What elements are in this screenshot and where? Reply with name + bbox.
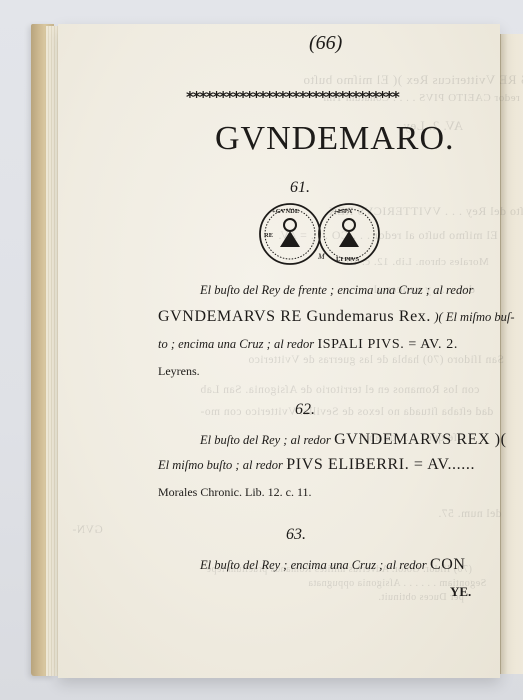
show-through-line: San Iſidoro (70) habla de las guerras de… bbox=[248, 354, 504, 366]
show-through-line: dad eſtaba ſituada no lexos de Sevilla. … bbox=[200, 406, 493, 418]
text-line: El buſto del Rey ; al redor GVNDEMARVS R… bbox=[200, 431, 507, 449]
text-line: GVNDEMARVS RE Gundemarus Rex. )( El miſm… bbox=[158, 308, 515, 326]
text-line: El buſto del Rey ; encima una Cruz ; al … bbox=[200, 556, 466, 574]
page-number: (66) bbox=[309, 32, 342, 55]
text-line: Morales Chronic. Lib. 12. c. 11. bbox=[158, 485, 312, 500]
svg-text:M: M bbox=[317, 252, 326, 261]
show-through-line: con los Romanos en el territorio de Aſsi… bbox=[200, 384, 479, 396]
facing-page-edge bbox=[500, 34, 523, 674]
catchword: YE. bbox=[450, 584, 471, 600]
text-line: El buſto del Rey de frente ; encima una … bbox=[200, 282, 473, 298]
entry-number: 61. bbox=[290, 179, 310, 197]
book-page: VITTIRI . . S RE Vvittericus Rex )( El m… bbox=[58, 24, 500, 678]
svg-text:LI PIVS: LI PIVS bbox=[336, 256, 360, 263]
coin-illustration: M +GVNDE RE +ISPA LI PIVS bbox=[258, 201, 382, 267]
chapter-title: GVNDEMARO. bbox=[215, 120, 455, 158]
ornament-rule: ******************************** bbox=[186, 88, 399, 106]
svg-text:+GVNDE: +GVNDE bbox=[272, 208, 299, 215]
show-through-line: del num. 57. bbox=[438, 508, 502, 520]
page-edges bbox=[46, 26, 58, 676]
text-line: to ; encima una Cruz ; al redor ISPALI P… bbox=[158, 336, 458, 353]
svg-text:+ISPA: +ISPA bbox=[334, 208, 352, 215]
svg-text:RE: RE bbox=[264, 232, 273, 239]
text-line: Leyrens. bbox=[158, 364, 200, 379]
show-through-line: GVN- bbox=[72, 524, 103, 536]
entry-number: 63. bbox=[286, 526, 306, 544]
text-line: El miſmo buſto ; al redor PIVS ELIBERRI.… bbox=[158, 456, 475, 474]
entry-number: 62. bbox=[295, 401, 315, 419]
show-through-line: VITTIRI . . S RE Vvittericus Rex )( El m… bbox=[303, 72, 523, 88]
